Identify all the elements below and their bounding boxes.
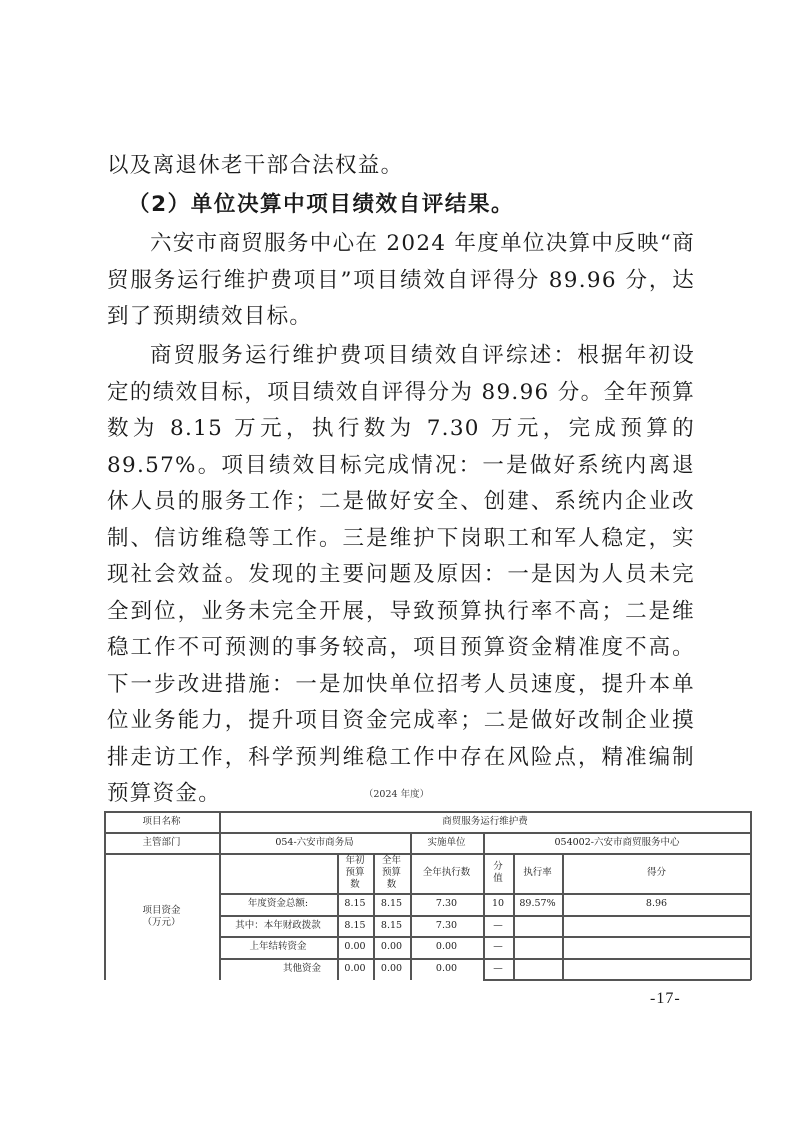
impl-label: 实施单位 [410,832,483,853]
header-initial-budget: 年初 预算 数 [337,853,373,893]
header-exec-rate: 执行率 [513,853,562,893]
header-score: 得分 [562,853,751,893]
row-score [562,958,751,980]
page-number: -17- [650,990,681,1008]
header-executed: 全年执行数 [410,853,483,893]
section-heading: （2）单位决算中项目绩效自评结果。 [128,187,514,218]
row-rate [513,936,562,958]
row-rate: 89.57% [513,893,562,915]
dept-label: 主管部门 [104,832,219,853]
row-initial: 0.00 [337,936,373,958]
row-initial: 0.00 [337,958,373,980]
header-weight: 分 值 [483,853,513,893]
row-rate [513,958,562,980]
row-annual: 0.00 [373,958,410,980]
row-executed: 7.30 [410,915,483,936]
row-label: 年度资金总额: [219,893,337,915]
row-initial: 8.15 [337,915,373,936]
row-weight: 10 [483,893,513,915]
row-score: 8.96 [562,893,751,915]
row-label: 其他资金 [219,958,337,980]
project-name-value: 商贸服务运行维护费 [219,811,751,832]
row-score [562,915,751,936]
header-annual-budget: 全年 预算 数 [373,853,410,893]
project-name-label: 项目名称 [104,811,219,832]
body-paragraph-1: 六安市商贸服务中心在 2024 年度单位决算中反映“商贸服务运行维护费项目”项目… [107,226,695,336]
row-rate [513,915,562,936]
row-label: 其中：本年财政拨款 [219,915,337,936]
row-weight: — [483,936,513,958]
row-weight: — [483,958,513,980]
row-executed: 7.30 [410,893,483,915]
row-annual: 0.00 [373,936,410,958]
row-annual: 8.15 [373,915,410,936]
performance-table: 项目名称 商贸服务运行维护费 主管部门 054-六安市商务局 实施单位 0540… [104,811,751,980]
row-weight: — [483,915,513,936]
row-score [562,936,751,958]
row-initial: 8.15 [337,893,373,915]
row-label: 上年结转资金 [219,936,337,958]
body-text-continuation: 以及离退休老干部合法权益。 [107,148,695,185]
dept-value: 054-六安市商务局 [219,832,410,853]
row-executed: 0.00 [410,958,483,980]
table-caption: （2024 年度） [0,786,793,800]
row-annual: 8.15 [373,893,410,915]
row-executed: 0.00 [410,936,483,958]
impl-value: 054002-六安市商贸服务中心 [483,832,751,853]
funds-label: 项目资金 （万元） [104,853,219,980]
body-paragraph-2: 商贸服务运行维护费项目绩效自评综述：根据年初设定的绩效目标，项目绩效自评得分为 … [107,338,695,813]
